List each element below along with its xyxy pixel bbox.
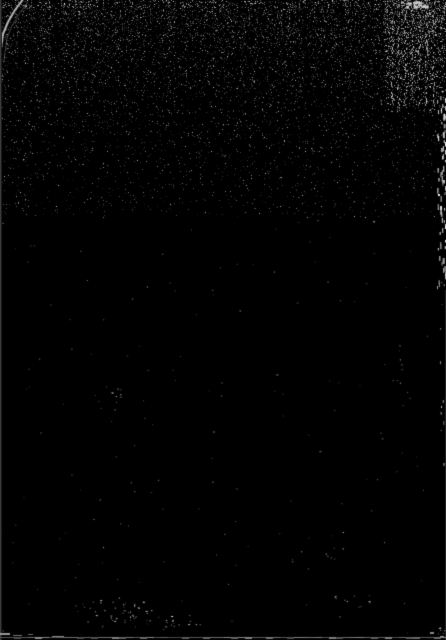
- black-cover-scan-image: [0, 0, 446, 640]
- scanned-page: [0, 0, 446, 640]
